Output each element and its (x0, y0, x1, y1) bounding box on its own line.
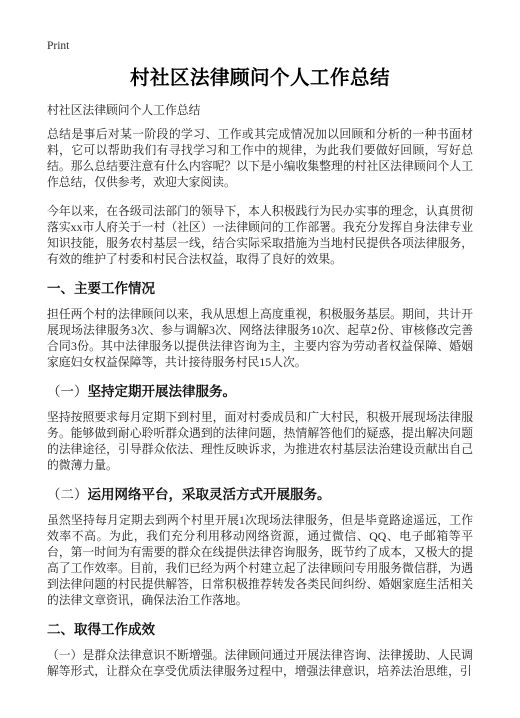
document-subtitle: 村社区法律顾问个人工作总结 (47, 102, 473, 118)
document-page: Print 村社区法律顾问个人工作总结 村社区法律顾问个人工作总结 总结是事后对… (0, 0, 520, 718)
subsection-1-1-number: （一） (47, 384, 88, 399)
paragraph-regular-service: 坚持按照要求每月定期下到村里，面对村委成员和广大村民，积极开展现场法律服务。能够… (47, 409, 473, 473)
subsection-1-1-heading: （一）坚持定期开展法律服务。 (47, 383, 473, 401)
paragraph-online-service: 虽然坚持每月定期去到两个村里开展1次现场法律服务，但是毕竟路途遥远，工作效率不高… (47, 512, 473, 608)
print-link[interactable]: Print (47, 38, 473, 54)
document-title: 村社区法律顾问个人工作总结 (47, 66, 473, 92)
paragraph-intro: 总结是事后对某一阶段的学习、工作或其完成情况加以回顾和分析的一种书面材料，它可以… (47, 126, 473, 190)
section-2-heading: 二、取得工作成效 (47, 621, 473, 639)
subsection-1-2-title: 运用网络平台，采取灵活方式开展服务。 (88, 487, 331, 502)
paragraph-overview: 今年以来，在各级司法部门的领导下，本人积极践行为民办实事的理念，认真贯彻落实xx… (47, 203, 473, 267)
section-1-heading: 一、主要工作情况 (47, 280, 473, 298)
paragraph-achievements-truncated: （一）是群众法律意识不断增强。法律顾问通过开展法律咨询、法律援助、人民调解等形式… (47, 647, 473, 679)
subsection-1-2-number: （二） (47, 487, 88, 502)
paragraph-work-summary: 担任两个村的法律顾问以来，我从思想上高度重视，积极服务基层。期间，共计开展现场法… (47, 306, 473, 370)
subsection-1-2-heading: （二）运用网络平台，采取灵活方式开展服务。 (47, 486, 473, 504)
subsection-1-1-title: 坚持定期开展法律服务。 (88, 384, 237, 399)
